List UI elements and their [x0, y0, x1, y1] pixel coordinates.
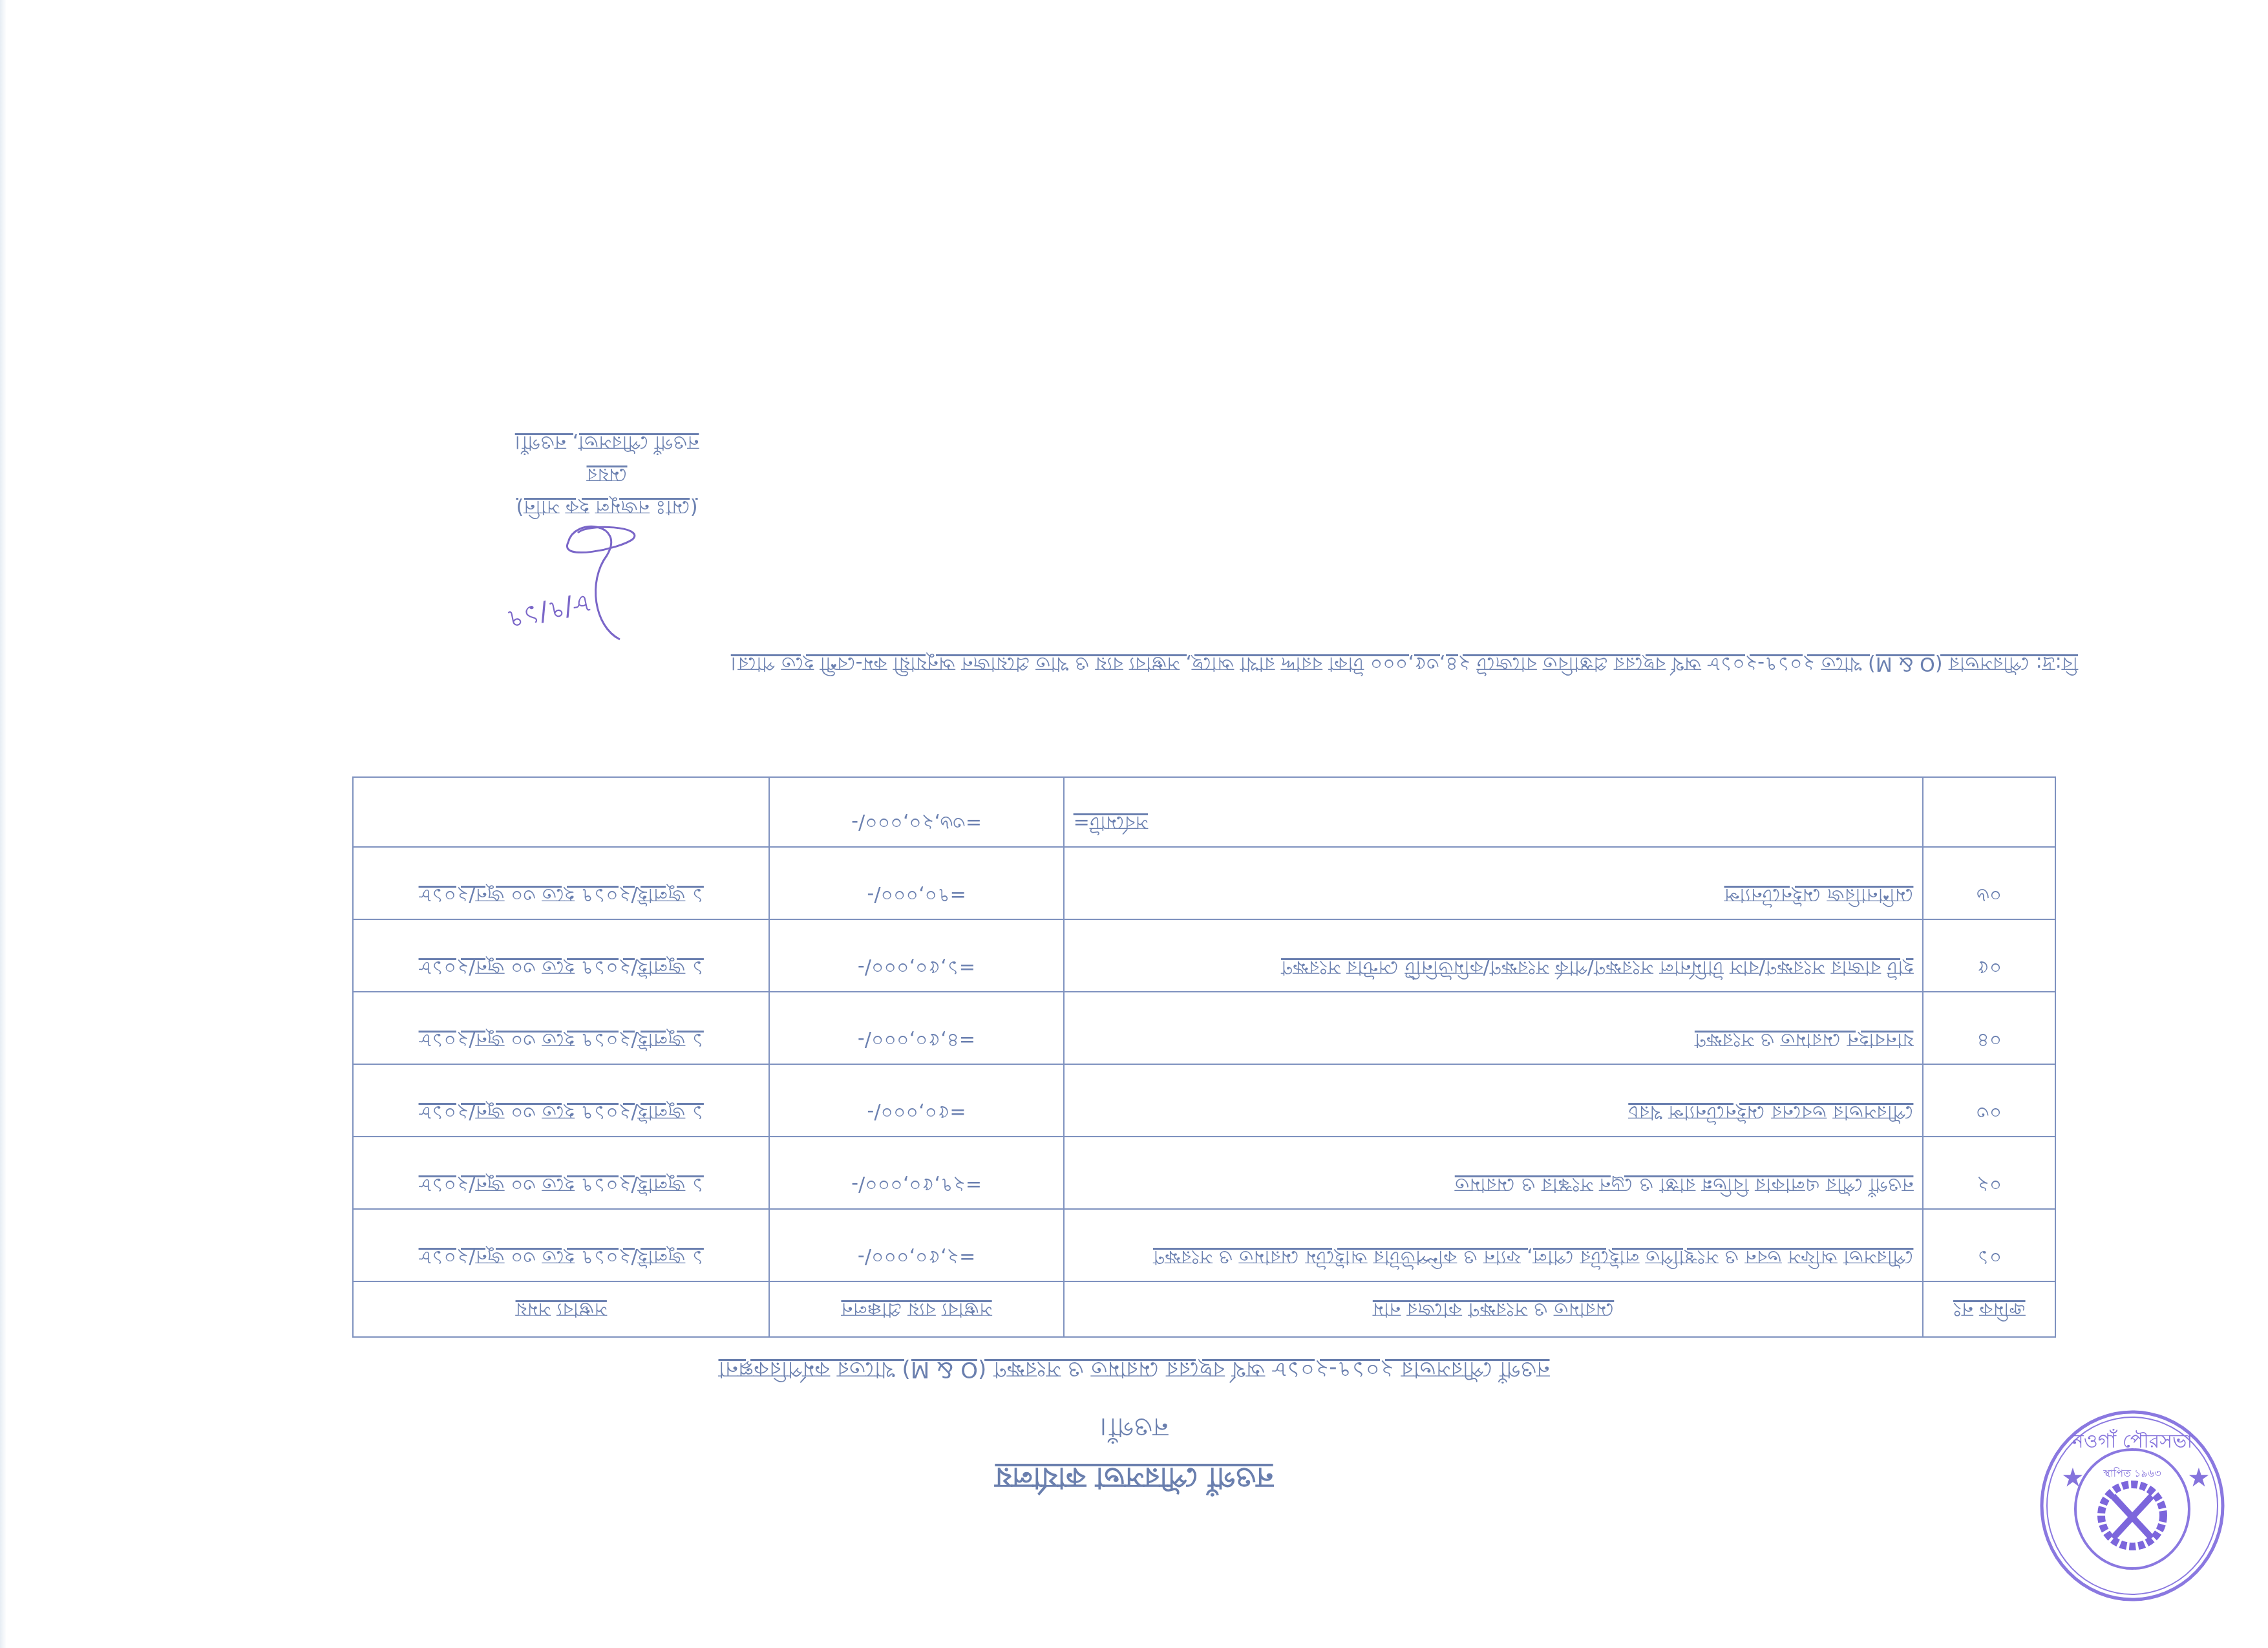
header-time: সম্ভাব্য সময় — [353, 1281, 769, 1337]
work-cell: নওগাঁ পৌর এলাকার বিভিন্ন রাস্তা ও ড্রেন … — [1064, 1137, 1924, 1209]
work-cell: পৌরসভা অফিস ভবন ও সংস্থাপিত লাইটের পোল, … — [1064, 1209, 1924, 1281]
time-cell: ১ জুলাই/২০১৭ হতে ৩০ জুন/২০১৮ — [353, 1209, 769, 1281]
signatory-designation: মেয়র — [471, 458, 743, 491]
serial-cell: ০৩ — [1923, 1064, 2055, 1137]
serial-cell: ০৬ — [1923, 847, 2055, 919]
total-cost: =৩৬,২০,০০০/- — [769, 777, 1063, 847]
cost-cell: =২,৫০,০০০/- — [769, 1209, 1063, 1281]
serial-cell: ০৪ — [1923, 992, 2055, 1064]
time-cell: ১ জুলাই/২০১৭ হতে ৩০ জুন/২০১৮ — [353, 992, 769, 1064]
serial-cell: ০৫ — [1923, 919, 2055, 992]
serial-cell: ০১ — [1923, 1209, 2055, 1281]
time-cell: ১ জুলাই/২০১৭ হতে ৩০ জুন/২০১৮ — [353, 1137, 769, 1209]
table-row: ০৫ হাট বাজার সংরক্ষণ/বাস টার্মিনাল সংরক্… — [353, 919, 2055, 992]
serial-cell: ০২ — [1923, 1137, 2055, 1209]
work-cell: মেশিনারিজ মেইনটেন্যান্স — [1064, 847, 1924, 919]
table-row: ০২ নওগাঁ পৌর এলাকার বিভিন্ন রাস্তা ও ড্র… — [353, 1137, 2055, 1209]
signatory-office: নওগাঁ পৌরসভা, নওগাঁ। — [471, 426, 743, 458]
budget-note: বি:দ্র: পৌরসভার (O & M) খাতে ২০১৭-২০১৮ অ… — [191, 645, 2078, 681]
table-header-row: ক্রমিক নং মেরামত ও সংরক্ষণ কাজের নাম সম্… — [353, 1281, 2055, 1337]
total-label: সর্বমোট= — [1064, 777, 1924, 847]
signatory-name: (মোঃ নজমুল হক সানি) — [471, 491, 743, 523]
total-row: সর্বমোট= =৩৬,২০,০০০/- — [353, 777, 2055, 847]
work-cell: হাট বাজার সংরক্ষণ/বাস টার্মিনাল সংরক্ষণ/… — [1064, 919, 1924, 992]
table-row: ০৩ পৌরসভার ভবনের মেইনটেন্যান্স খরচ =৫০,০… — [353, 1064, 2055, 1137]
total-serial-cell — [1923, 777, 2055, 847]
cost-cell: =২৭,৫০,০০০/- — [769, 1137, 1063, 1209]
time-cell: ১ জুলাই/২০১৭ হতে ৩০ জুন/২০১৮ — [353, 919, 769, 992]
scan-edge — [0, 0, 6, 1648]
total-time-cell — [353, 777, 769, 847]
header-cost: সম্ভাব্য ব্যয় প্রাক্কলন — [769, 1281, 1063, 1337]
office-city: নওগাঁ। — [0, 1404, 2268, 1448]
table-row: ০৬ মেশিনারিজ মেইনটেন্যান্স =৭০,০০০/- ১ জ… — [353, 847, 2055, 919]
signature-block: (মোঃ নজমুল হক সানি) মেয়র নওগাঁ পৌরসভা, … — [471, 426, 743, 633]
maintenance-plan-table: ক্রমিক নং মেরামত ও সংরক্ষণ কাজের নাম সম্… — [352, 776, 2056, 1338]
table-row: ০৪ যানবাহন মেরামত ও সংরক্ষণ =৪,৫০,০০০/- … — [353, 992, 2055, 1064]
table-row: ০১ পৌরসভা অফিস ভবন ও সংস্থাপিত লাইটের পো… — [353, 1209, 2055, 1281]
document-subtitle: নওগাঁ পৌরসভার ২০১৭-২০১৮ অর্থ বছরের মেরাম… — [0, 1349, 2268, 1386]
header-serial: ক্রমিক নং — [1923, 1281, 2055, 1337]
time-cell: ১ জুলাই/২০১৭ হতে ৩০ জুন/২০১৮ — [353, 1064, 769, 1137]
work-cell: পৌরসভার ভবনের মেইনটেন্যান্স খরচ — [1064, 1064, 1924, 1137]
cost-cell: =৭০,০০০/- — [769, 847, 1063, 919]
work-cell: যানবাহন মেরামত ও সংরক্ষণ — [1064, 992, 1924, 1064]
header-work: মেরামত ও সংরক্ষণ কাজের নাম — [1064, 1281, 1924, 1337]
document-page: ★ ★ নওগাঁ পৌরসভা স্থাপিত ১৯৬৩ নওগাঁ পৌরস… — [0, 0, 2268, 1648]
time-cell: ১ জুলাই/২০১৭ হতে ৩০ জুন/২০১৮ — [353, 847, 769, 919]
cost-cell: =৫০,০০০/- — [769, 1064, 1063, 1137]
cost-cell: =১,৫০,০০০/- — [769, 919, 1063, 992]
cost-cell: =৪,৫০,০০০/- — [769, 992, 1063, 1064]
office-title: নওগাঁ পৌরসভা কার্যালয় — [0, 1452, 2268, 1499]
